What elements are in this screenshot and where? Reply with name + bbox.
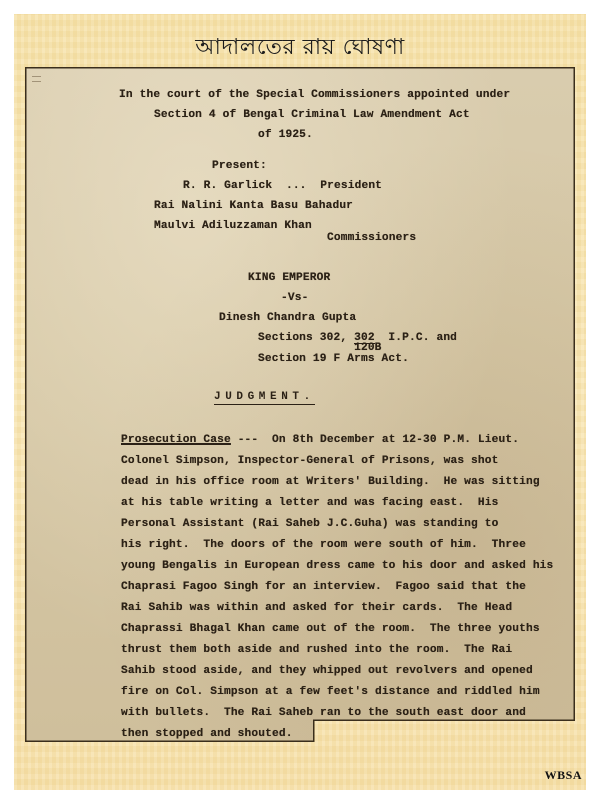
body-line-7: young Bengalis in European dress came to… [121,560,553,572]
sections-prefix: Sections 302, [258,332,354,344]
judgment-document-scan: In the court of the Special Commissioner… [25,67,575,742]
prosecutor: KING EMPEROR [248,272,330,284]
corner-mark [32,76,41,82]
body-line-2: Colonel Simpson, Inspector-General of Pr… [121,455,499,467]
commissioner-1: Rai Nalini Kanta Basu Bahadur [154,200,353,212]
body-line-12: Sahib stood aside, and they whipped out … [121,665,533,677]
court-line-3: of 1925. [258,129,313,141]
body-line-3: dead in his office room at Writers' Buil… [121,476,540,488]
body-line-1: Prosecution Case --- On 8th December at … [121,434,519,446]
president-line: R. R. Garlick ... President [183,180,382,192]
prosecution-case-label: Prosecution Case [121,434,231,446]
court-line-2: Section 4 of Bengal Criminal Law Amendme… [154,109,470,121]
body-line-4: at his table writing a letter and was fa… [121,497,499,509]
sections-line: Sections 302, 302120B I.P.C. and [258,332,457,344]
body-line-8: Chaprasi Fagoo Singh for an interview. F… [121,581,526,593]
page-title: আদালতের রায় ঘোষণা [14,30,586,67]
sections-fraction: 302120B [354,332,375,344]
body-line-15: then stopped and shouted. [121,728,293,740]
court-line-1: In the court of the Special Commissioner… [119,89,510,101]
arms-act-line: Section 19 F Arms Act. [258,353,409,365]
body-line-6: his right. The doors of the room were so… [121,539,526,551]
versus: -Vs- [281,292,308,304]
body-line-5: Personal Assistant (Rai Saheb J.C.Guha) … [121,518,499,530]
present-label: Present: [212,160,267,172]
wbsa-watermark: WBSA [545,768,582,783]
commissioner-2: Maulvi Adiluzzaman Khan [154,220,312,232]
commissioners-label: Commissioners [327,232,416,244]
body-line-9: Rai Sahib was within and asked for their… [121,602,512,614]
judgment-heading: JUDGMENT. [214,391,315,405]
sections-suffix: I.P.C. and [375,332,457,344]
accused-name: Dinesh Chandra Gupta [219,312,356,324]
body-line-11: thrust them both aside and rushed into t… [121,644,512,656]
body-line-13: fire on Col. Simpson at a few feet's dis… [121,686,540,698]
body-line-14: with bullets. The Rai Saheb ran to the s… [121,707,526,719]
body-line-10: Chaprassi Bhagal Khan came out of the ro… [121,623,540,635]
